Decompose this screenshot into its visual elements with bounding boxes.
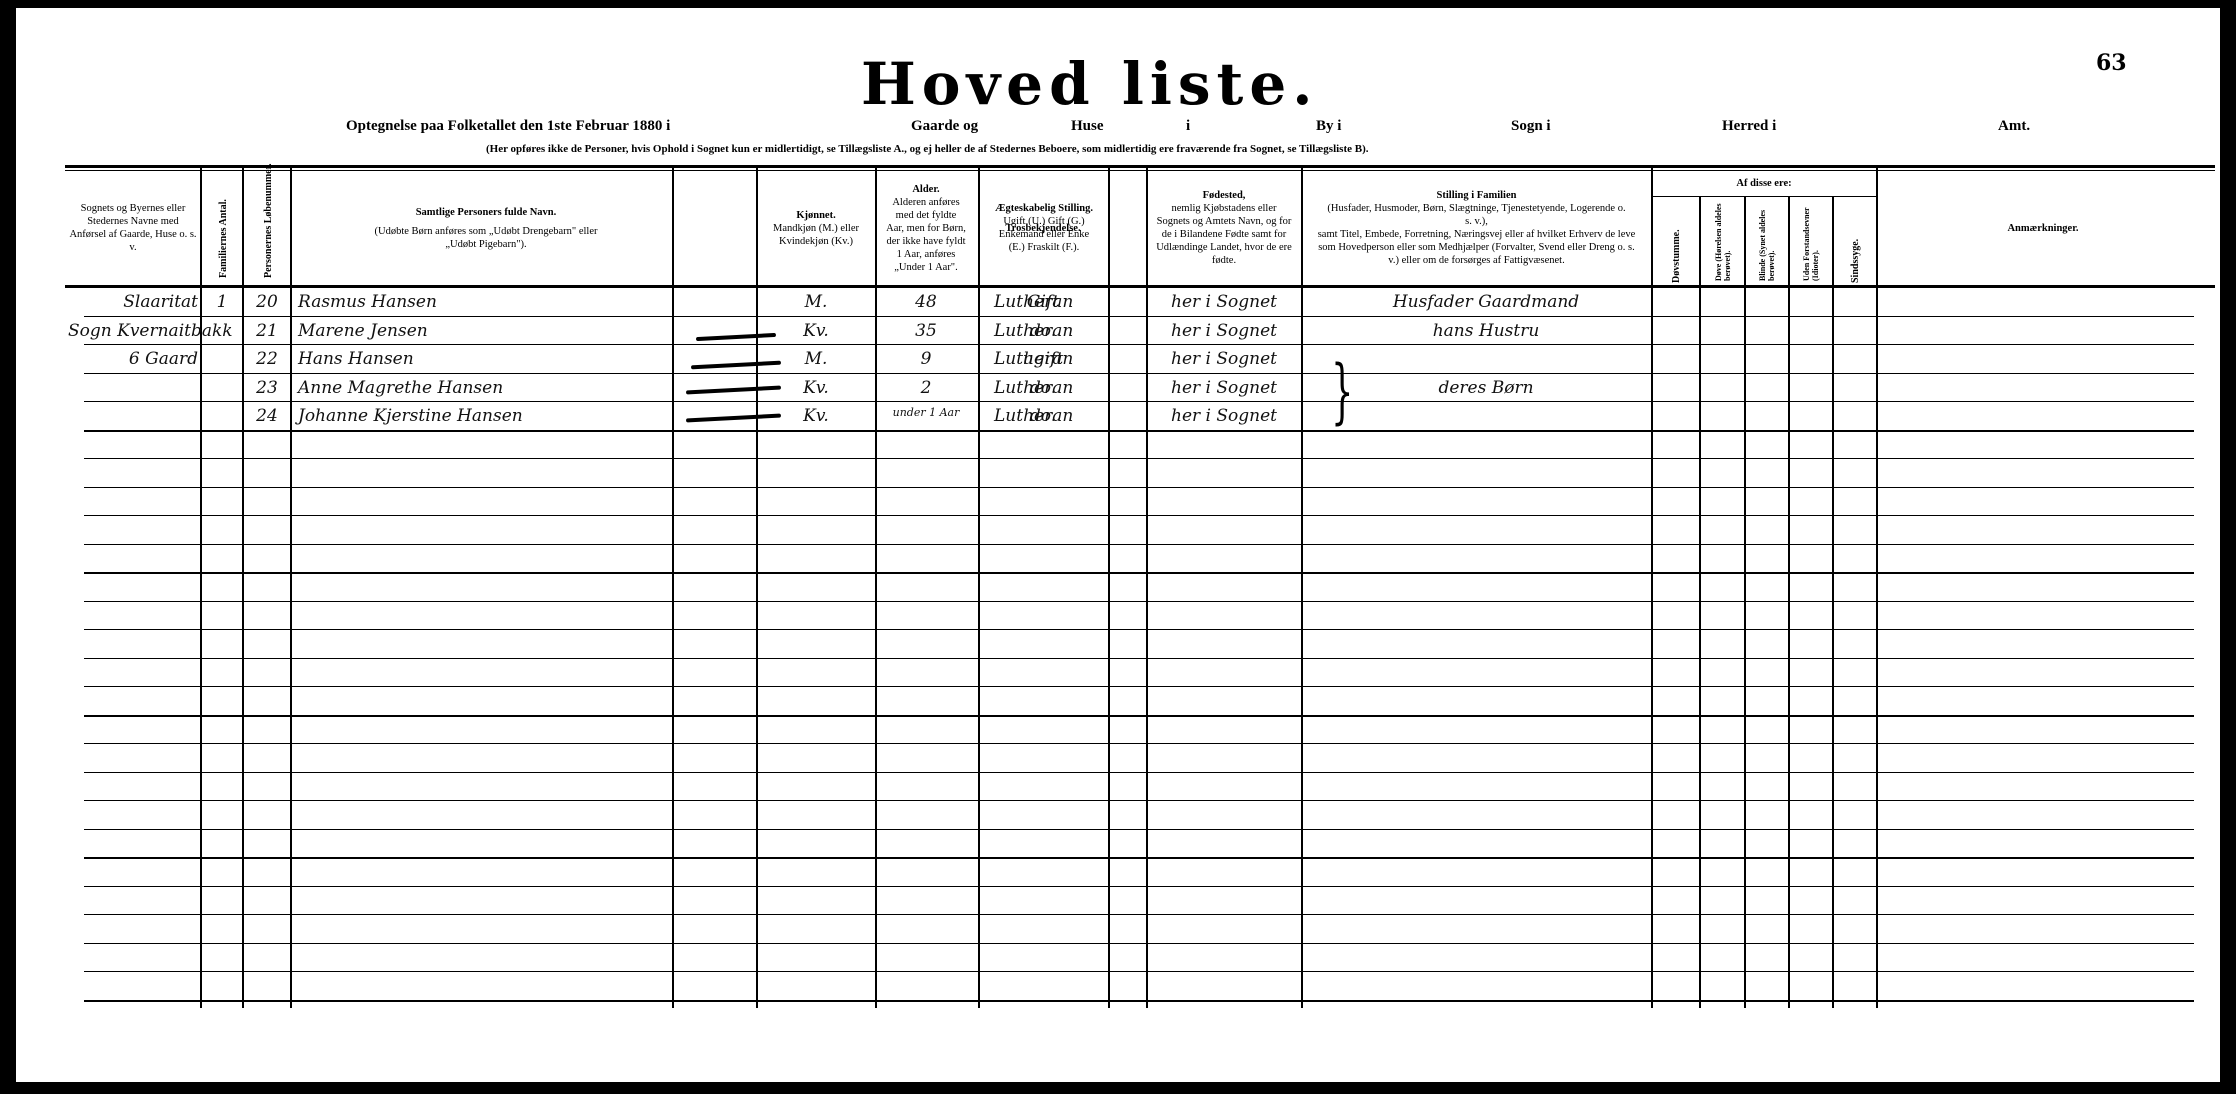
header-bottom-rule — [65, 285, 2215, 288]
col-divider — [1301, 168, 1303, 1008]
cell-tros: Lutheran — [994, 292, 1124, 312]
row-rule — [84, 487, 2194, 488]
row-rule — [84, 943, 2194, 944]
header-kjon: Kjønnet.Mandkjøn (M.) eller Kvindekjøn (… — [758, 172, 874, 284]
cell-fodested: her i Sognet — [1149, 406, 1299, 426]
cell-fodested: her i Sognet — [1149, 321, 1299, 341]
cell-fodested: her i Sognet — [1149, 349, 1299, 369]
col-divider — [1876, 168, 1878, 1008]
cell-sted: 6 Gaard — [68, 349, 198, 369]
cell-nr: 24 — [244, 406, 290, 426]
cell-tros: Lutheran — [994, 321, 1124, 341]
cell-navn: Marene Jensen — [298, 321, 668, 341]
cell-tros: Lutheran — [994, 378, 1124, 398]
census-page: Hoved liste. 63 Optegnelse paa Folketall… — [16, 8, 2220, 1082]
col-divider — [1651, 168, 1653, 1008]
header-dove: Døve (Hørelsen aldeles berøvet). — [1701, 203, 1744, 283]
header-idioter: Uden Forstandsevner (Idioter). — [1790, 203, 1832, 283]
cell-stilling: hans Hustru — [1326, 321, 1646, 341]
cell-alder: 35 — [878, 321, 974, 341]
header-alder: Alder.Alderen anføres med det fyldte Aar… — [878, 172, 974, 284]
row-rule — [84, 772, 2194, 773]
row-rule — [84, 401, 2194, 402]
header-dovstumme: Døvstumme. — [1653, 203, 1699, 283]
cell-tros: Lutheran — [994, 349, 1124, 369]
subtitle-amt: Amt. — [1998, 118, 2030, 135]
cell-sted: Sogn Kvernaitbakk — [68, 321, 198, 341]
row-rule — [84, 857, 2194, 859]
subtitle-herred: Herred i — [1722, 118, 1776, 135]
cell-familie: 1 — [202, 292, 242, 312]
row-rule — [84, 458, 2194, 459]
page-title: Hoved liste. — [861, 50, 1318, 118]
cell-alder: under 1 Aar — [878, 406, 974, 419]
cell-stilling: deres Børn — [1326, 378, 1646, 398]
cell-fodested: her i Sognet — [1149, 378, 1299, 398]
col-divider — [672, 168, 674, 1008]
row-rule — [84, 430, 2194, 432]
row-rule — [84, 829, 2194, 830]
instruction-note: (Her opføres ikke de Personer, hvis Opho… — [486, 143, 1369, 155]
header-tros-text: Trosbekjendelse. — [978, 172, 1108, 284]
cell-kjon: M. — [758, 292, 874, 312]
cell-fodested: her i Sognet — [1149, 292, 1299, 312]
cell-nr: 21 — [244, 321, 290, 341]
header-stilling: Stilling i Familien(Husfader, Husmoder, … — [1304, 172, 1649, 284]
header-navn: Samtlige Personers fulde Navn.(Udøbte Bø… — [306, 172, 666, 284]
col-divider — [290, 168, 292, 1008]
row-rule — [84, 544, 2194, 545]
subtitle-sogn: Sogn i — [1511, 118, 1551, 135]
subtitle-gaarde: Gaarde og — [911, 118, 978, 135]
cell-alder: 48 — [878, 292, 974, 312]
subtitle-by: By i — [1316, 118, 1341, 135]
header-fodested: Fødested,nemlig Kjøbstadens eller Sognet… — [1149, 172, 1299, 284]
row-rule — [84, 800, 2194, 801]
subtitle-i: i — [1186, 118, 1190, 135]
row-rule — [84, 316, 2194, 317]
cell-nr: 20 — [244, 292, 290, 312]
row-rule — [84, 743, 2194, 744]
table-top-rule — [65, 165, 2215, 168]
row-rule — [84, 971, 2194, 972]
col-divider — [978, 168, 980, 1008]
row-rule — [84, 629, 2194, 630]
row-rule — [84, 601, 2194, 602]
header-sindssyge: Sindssyge. — [1834, 203, 1876, 283]
col-divider — [875, 168, 877, 1008]
af-disse-rule — [1651, 196, 1877, 197]
col-divider — [1146, 168, 1148, 1008]
subtitle-intro: Optegnelse paa Folketallet den 1ste Febr… — [346, 118, 670, 135]
cell-navn: Johanne Kjerstine Hansen — [298, 406, 668, 426]
page-number: 63 — [2096, 50, 2127, 76]
cell-sted: Slaaritat — [68, 292, 198, 312]
cell-stilling: Husfader Gaardmand — [1326, 292, 1646, 312]
cell-kjon: Kv. — [758, 321, 874, 341]
brace-mark: } — [1331, 356, 1353, 426]
row-rule — [84, 686, 2194, 687]
row-rule — [84, 914, 2194, 915]
header-anmerkninger: Anmærkninger. — [1878, 172, 2208, 284]
subtitle-huse: Huse — [1071, 118, 1104, 135]
header-af-disse: Af disse ere: — [1653, 172, 1875, 194]
row-rule — [84, 1000, 2194, 1002]
row-rule — [84, 344, 2194, 345]
header-sted: Sognets og Byernes eller Stedernes Navne… — [68, 172, 198, 284]
cell-tros: Lutheran — [994, 406, 1124, 426]
cell-navn: Anne Magrethe Hansen — [298, 378, 668, 398]
cell-nr: 22 — [244, 349, 290, 369]
row-rule — [84, 515, 2194, 516]
row-rule — [84, 715, 2194, 717]
row-rule — [84, 572, 2194, 574]
cell-nr: 23 — [244, 378, 290, 398]
header-blinde: Blinde (Synet aldeles berøvet). — [1746, 203, 1788, 283]
cell-navn: Rasmus Hansen — [298, 292, 668, 312]
row-rule — [84, 658, 2194, 659]
cell-kjon: M. — [758, 349, 874, 369]
cell-alder: 2 — [878, 378, 974, 398]
cell-navn: Hans Hansen — [298, 349, 668, 369]
table-top-rule-thin — [65, 170, 2215, 171]
row-rule — [84, 373, 2194, 374]
cell-alder: 9 — [878, 349, 974, 369]
header-familie: Familiernes Antal. — [206, 178, 240, 278]
row-rule — [84, 886, 2194, 887]
header-lobenummer: Personernes Løbenummer. — [248, 178, 288, 278]
